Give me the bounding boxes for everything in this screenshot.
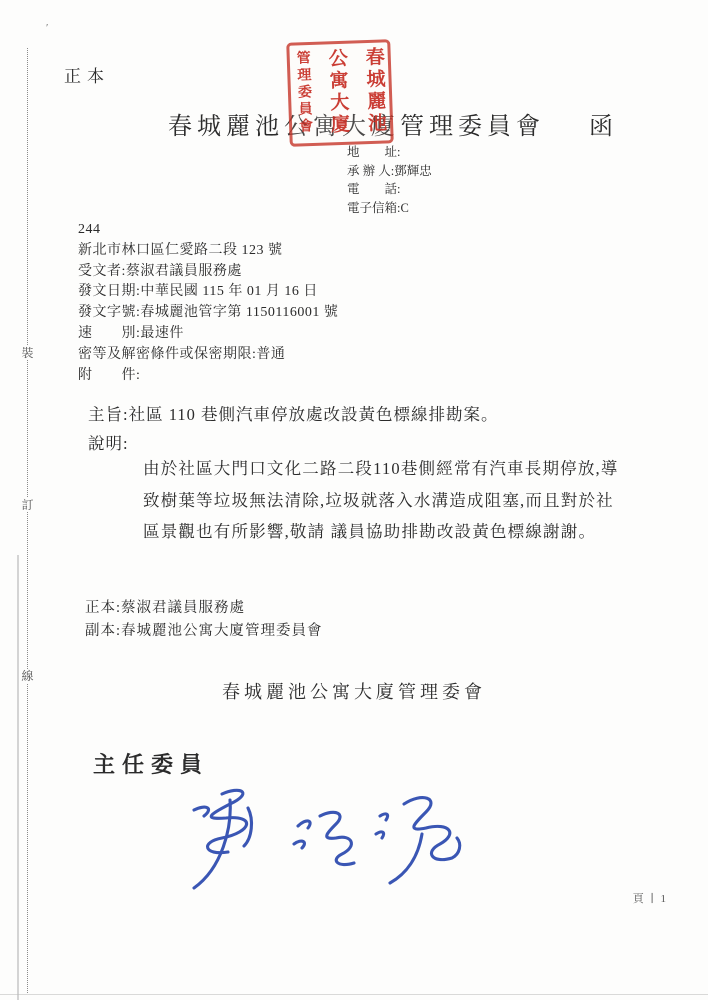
reference-number-line: 發文字號:春城麗池管字第 1150116001 號 <box>78 303 338 324</box>
explanation-line: 致樹葉等垃圾無法清除,垃圾就落入水溝造成阻塞,而且對於社 <box>143 485 619 517</box>
doc-type-letter: 函 <box>589 106 613 141</box>
attachment-line: 附 件: <box>78 366 338 387</box>
seal-column: 管理委員會 <box>294 50 311 139</box>
priority-line: 速 別:最速件 <box>78 324 338 345</box>
seal-column: 春城麗池 <box>363 46 385 137</box>
postal-code: 244 <box>78 220 338 241</box>
classification-line: 密等及解密條件或保密期限:普通 <box>78 345 338 366</box>
original-to-line: 正本:蔡淑君議員服務處 <box>85 597 323 620</box>
recipient-line: 受文者:蔡淑君議員服務處 <box>78 262 338 283</box>
scanned-letter-page: ′ 裝 訂 線 正本 春城麗池 公寓大廈 管理委員會 春城麗池公寓大廈管理委員會… <box>0 0 708 1000</box>
committee-red-seal: 春城麗池 公寓大廈 管理委員會 <box>286 39 394 147</box>
contact-address: 地 址: <box>347 143 432 162</box>
subject-line: 主旨:社區 110 巷側汽車停放處改設黃色標線排勘案。 <box>88 400 498 429</box>
contact-email: 電子信箱:C <box>347 199 432 218</box>
explanation-line: 由於社區大門口文化二路二段110巷側經常有汽車長期停放,導 <box>143 453 619 485</box>
binding-mark-ding: 訂 <box>20 498 35 512</box>
document-meta-block: 244 新北市林口區仁愛路二段 123 號 受文者:蔡淑君議員服務處 發文日期:… <box>78 220 338 386</box>
contact-info-block: 地 址: 承 辦 人:鄧輝忠 電 話: 電子信箱:C <box>347 143 432 217</box>
scan-edge-bottom <box>0 994 708 995</box>
org-signoff: 春城麗池公寓大廈管理委會 <box>0 678 708 704</box>
copy-type-label: 正本 <box>64 62 110 87</box>
distribution-block: 正本:蔡淑君議員服務處 副本:春城麗池公寓大廈管理委員會 <box>85 597 323 643</box>
contact-phone: 電 話: <box>347 180 432 199</box>
chairman-title: 主任委員 <box>93 748 209 779</box>
recipient-address: 新北市林口區仁愛路二段 123 號 <box>78 241 338 262</box>
contact-handler: 承 辦 人:鄧輝忠 <box>347 162 432 181</box>
scan-edge-left <box>17 555 19 1000</box>
scan-speck: ′ <box>46 22 48 34</box>
explanation-line: 區景觀也有所影響,敬請 議員協助排勘改設黃色標線謝謝。 <box>143 516 619 548</box>
handwritten-signature <box>160 780 470 895</box>
binding-dotted-line <box>27 48 28 993</box>
page-number: 頁 ∣ 1 <box>633 890 668 906</box>
copy-to-line: 副本:春城麗池公寓大廈管理委員會 <box>85 620 323 643</box>
subject-block: 主旨:社區 110 巷側汽車停放處改設黃色標線排勘案。 說明: <box>88 400 498 458</box>
seal-column: 公寓大廈 <box>326 48 348 139</box>
explanation-paragraph: 由於社區大門口文化二路二段110巷側經常有汽車長期停放,導 致樹葉等垃圾無法清除… <box>143 453 619 548</box>
issue-date-line: 發文日期:中華民國 115 年 01 月 16 日 <box>78 282 338 303</box>
binding-mark-zhuang: 裝 <box>20 346 35 360</box>
